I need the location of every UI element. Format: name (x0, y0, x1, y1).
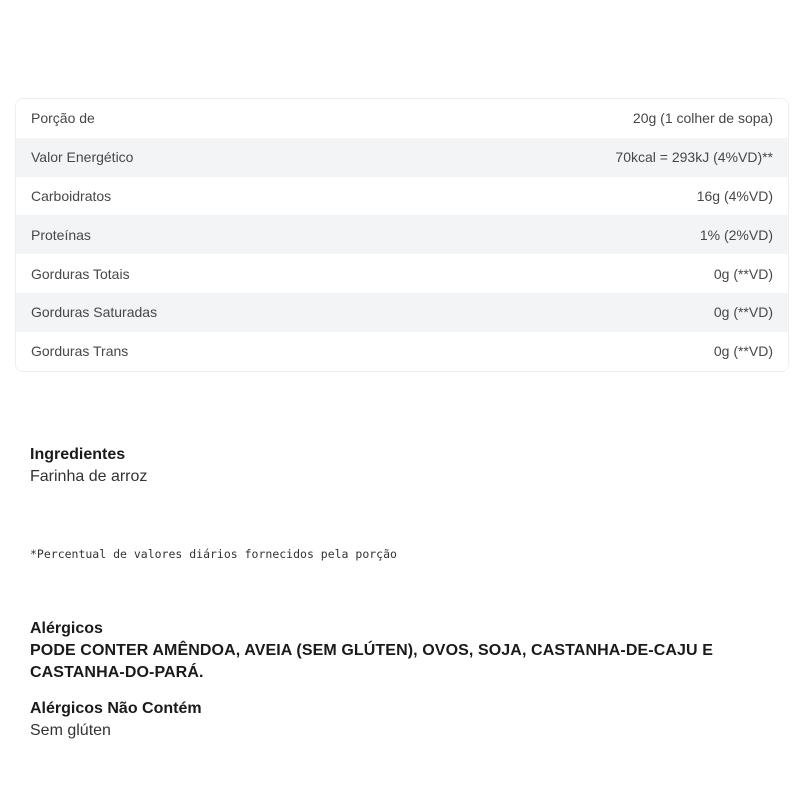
table-row: Proteínas 1% (2%VD) (16, 215, 788, 254)
nutrient-label: Gorduras Saturadas (31, 304, 157, 320)
table-row: Porção de 20g (1 colher de sopa) (16, 99, 788, 138)
nutrition-table: Porção de 20g (1 colher de sopa) Valor E… (15, 98, 789, 372)
table-row: Valor Energético 70kcal = 293kJ (4%VD)** (16, 138, 788, 177)
nutrient-value: 16g (4%VD) (697, 188, 773, 204)
allergens-free-text: Sem glúten (30, 720, 780, 742)
nutrient-value: 0g (**VD) (714, 304, 773, 320)
nutrient-value: 0g (**VD) (714, 266, 773, 282)
nutrient-value: 1% (2%VD) (700, 227, 773, 243)
nutrient-value: 20g (1 colher de sopa) (633, 110, 773, 126)
table-row: Gorduras Totais 0g (**VD) (16, 254, 788, 293)
ingredients-text: Farinha de arroz (30, 466, 780, 488)
nutrient-label: Gorduras Totais (31, 266, 130, 282)
ingredients-section: Ingredientes Farinha de arroz (30, 444, 780, 488)
table-row: Gorduras Trans 0g (**VD) (16, 332, 788, 371)
allergens-section: Alérgicos PODE CONTER AMÊNDOA, AVEIA (SE… (30, 618, 780, 684)
allergens-free-section: Alérgicos Não Contém Sem glúten (30, 698, 780, 742)
nutrient-value: 0g (**VD) (714, 343, 773, 359)
nutrient-label: Carboidratos (31, 188, 111, 204)
allergens-free-title: Alérgicos Não Contém (30, 698, 780, 720)
nutrient-label: Porção de (31, 110, 95, 126)
allergens-text: PODE CONTER AMÊNDOA, AVEIA (SEM GLÚTEN),… (30, 640, 780, 684)
table-row: Gorduras Saturadas 0g (**VD) (16, 293, 788, 332)
allergens-title: Alérgicos (30, 618, 780, 640)
nutrient-label: Gorduras Trans (31, 343, 128, 359)
nutrient-value: 70kcal = 293kJ (4%VD)** (615, 149, 773, 165)
nutrient-label: Valor Energético (31, 149, 133, 165)
nutrient-label: Proteínas (31, 227, 91, 243)
ingredients-title: Ingredientes (30, 444, 780, 466)
table-row: Carboidratos 16g (4%VD) (16, 177, 788, 216)
daily-value-footnote: *Percentual de valores diários fornecido… (30, 547, 397, 561)
